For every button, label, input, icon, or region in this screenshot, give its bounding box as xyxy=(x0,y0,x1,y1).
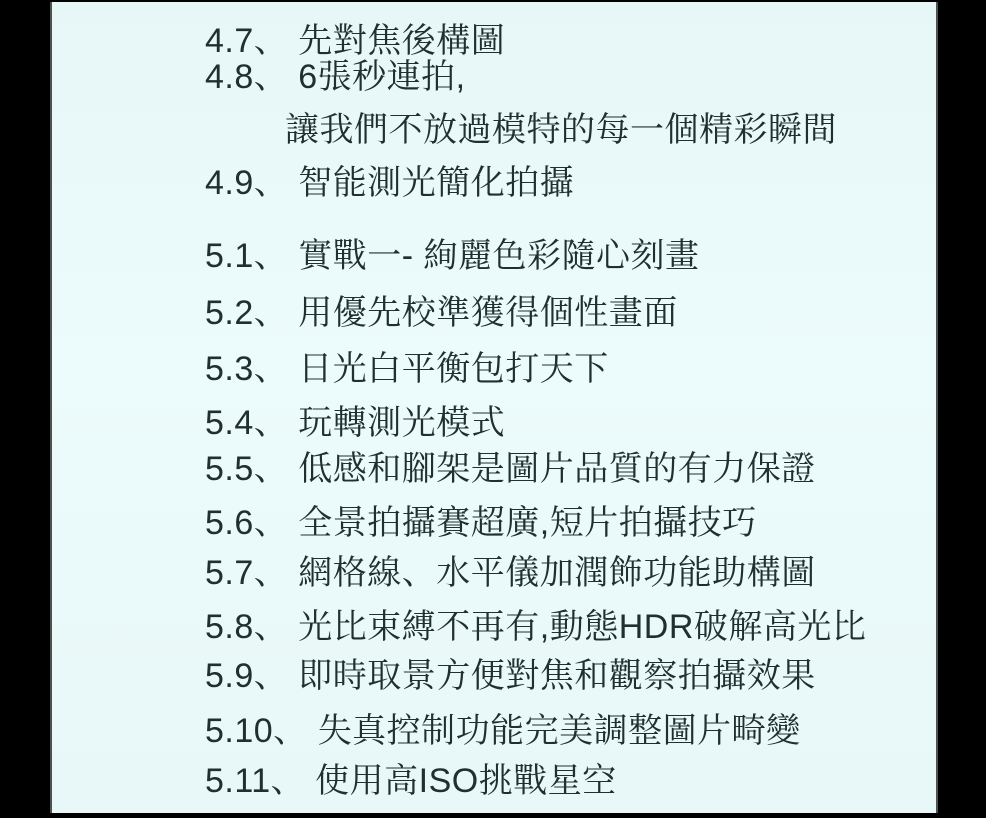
toc-line: 5.7、網格線、水平儀加潤飾功能助構圖 xyxy=(205,554,816,592)
item-number: 5.5、 xyxy=(205,450,288,488)
toc-line: 4.7、先對焦後構圖 xyxy=(205,22,505,60)
item-number: 5.7、 xyxy=(205,554,288,592)
item-number: 5.2、 xyxy=(205,294,288,332)
toc-line: 5.2、用優先校準獲得個性畫面 xyxy=(205,294,678,332)
toc-line-continuation: 讓我們不放過模特的每一個精彩瞬間 xyxy=(285,111,837,149)
item-number: 5.8、 xyxy=(205,608,288,646)
item-text: 失真控制功能完美調整圖片畸變 xyxy=(318,712,801,750)
item-text: 玩轉測光模式 xyxy=(298,404,505,442)
item-text: 光比束縛不再有,動態HDR破解高光比 xyxy=(298,608,866,646)
item-number: 5.4、 xyxy=(205,404,288,442)
toc-line: 5.8、光比束縛不再有,動態HDR破解高光比 xyxy=(205,608,866,646)
item-number: 5.9、 xyxy=(205,657,288,695)
item-text: 全景拍攝賽超廣,短片拍攝技巧 xyxy=(298,504,756,542)
item-text: 使用高ISO挑戰星空 xyxy=(315,762,617,800)
toc-line: 4.8、6張秒連拍, xyxy=(205,58,466,96)
item-number: 5.1、 xyxy=(205,237,288,275)
item-number: 4.7、 xyxy=(205,22,288,60)
item-text: 日光白平衡包打天下 xyxy=(298,350,609,388)
toc-line: 5.1、實戰一- 絢麗色彩隨心刻畫 xyxy=(205,237,700,275)
toc-line: 5.3、日光白平衡包打天下 xyxy=(205,350,609,388)
item-text: 即時取景方便對焦和觀察拍攝效果 xyxy=(298,657,816,695)
item-text: 先對焦後構圖 xyxy=(298,22,505,60)
toc-line: 4.9、智能測光簡化拍攝 xyxy=(205,164,574,202)
item-text: 智能測光簡化拍攝 xyxy=(298,164,574,202)
item-number: 5.3、 xyxy=(205,350,288,388)
item-number: 4.9、 xyxy=(205,164,288,202)
item-number: 5.6、 xyxy=(205,504,288,542)
toc-line: 5.5、低感和腳架是圖片品質的有力保證 xyxy=(205,450,816,488)
toc-line: 5.11、使用高ISO挑戰星空 xyxy=(205,762,617,800)
item-number: 5.10、 xyxy=(205,712,308,750)
toc-line: 5.4、玩轉測光模式 xyxy=(205,404,505,442)
item-number: 5.11、 xyxy=(205,762,305,800)
item-text: 低感和腳架是圖片品質的有力保證 xyxy=(298,450,816,488)
video-frame: 4.7、先對焦後構圖 4.8、6張秒連拍, 讓我們不放過模特的每一個精彩瞬間 4… xyxy=(0,0,986,818)
toc-line: 5.6、全景拍攝賽超廣,短片拍攝技巧 xyxy=(205,504,757,542)
item-text: 6張秒連拍, xyxy=(298,58,465,96)
item-text: 實戰一- 絢麗色彩隨心刻畫 xyxy=(298,237,699,275)
item-number: 4.8、 xyxy=(205,58,288,96)
toc-line: 5.9、即時取景方便對焦和觀察拍攝效果 xyxy=(205,657,816,695)
item-text: 用優先校準獲得個性畫面 xyxy=(298,294,678,332)
item-text: 讓我們不放過模特的每一個精彩瞬間 xyxy=(285,111,837,149)
document-page: 4.7、先對焦後構圖 4.8、6張秒連拍, 讓我們不放過模特的每一個精彩瞬間 4… xyxy=(50,2,938,813)
toc-line: 5.10、失真控制功能完美調整圖片畸變 xyxy=(205,712,801,750)
item-text: 網格線、水平儀加潤飾功能助構圖 xyxy=(298,554,816,592)
